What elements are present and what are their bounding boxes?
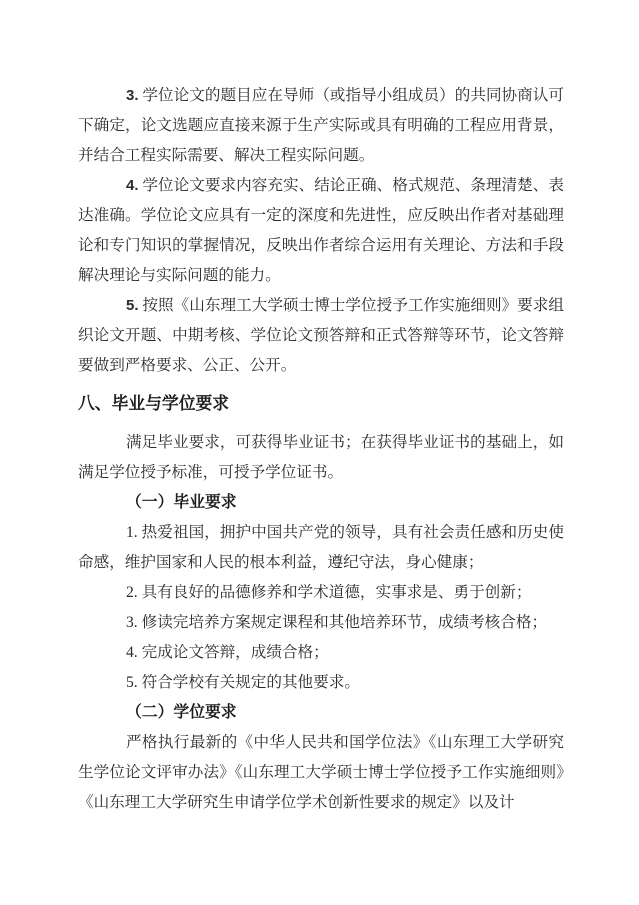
paragraph: 严格执行最新的《中华人民共和国学位法》《山东理工大学研究生学位论文评审办法》《山… <box>78 728 564 818</box>
item-number: 5. <box>126 674 138 691</box>
numbered-paragraph: 5. 按照《山东理工大学硕士博士学位授予工作实施细则》要求组织论文开题、中期考核… <box>78 291 564 381</box>
document-body: 3. 学位论文的题目应在导师（或指导小组成员）的共同协商认可下确定，论文选题应直… <box>78 81 564 818</box>
item-number: 3. <box>126 87 139 104</box>
subsection-heading: （二）学位要求 <box>78 698 564 728</box>
list-item: 5. 符合学校有关规定的其他要求。 <box>78 668 564 698</box>
list-item: 1. 热爱祖国，拥护中国共产党的领导，具有社会责任感和历史使命感，维护国家和人民… <box>78 518 564 578</box>
item-number: 5. <box>126 297 139 314</box>
numbered-paragraph: 3. 学位论文的题目应在导师（或指导小组成员）的共同协商认可下确定，论文选题应直… <box>78 81 564 171</box>
numbered-paragraph: 4. 学位论文要求内容充实、结论正确、格式规范、条理清楚、表达准确。学位论文应具… <box>78 171 564 291</box>
document-page: 3. 学位论文的题目应在导师（或指导小组成员）的共同协商认可下确定，论文选题应直… <box>0 0 639 905</box>
item-number: 1. <box>126 524 138 541</box>
list-item: 3. 修读完培养方案规定课程和其他培养环节，成绩考核合格； <box>78 608 564 638</box>
paragraph: 满足毕业要求，可获得毕业证书；在获得毕业证书的基础上，如满足学位授予标准，可授予… <box>78 428 564 488</box>
list-item: 2. 具有良好的品德修养和学术道德，实事求是、勇于创新； <box>78 578 564 608</box>
list-item: 4. 完成论文答辩，成绩合格； <box>78 638 564 668</box>
item-number: 2. <box>126 584 138 601</box>
item-number: 3. <box>126 614 138 631</box>
subsection-heading: （一）毕业要求 <box>78 488 564 518</box>
section-heading: 八、毕业与学位要求 <box>78 389 564 419</box>
item-number: 4. <box>126 177 139 194</box>
item-number: 4. <box>126 644 138 661</box>
